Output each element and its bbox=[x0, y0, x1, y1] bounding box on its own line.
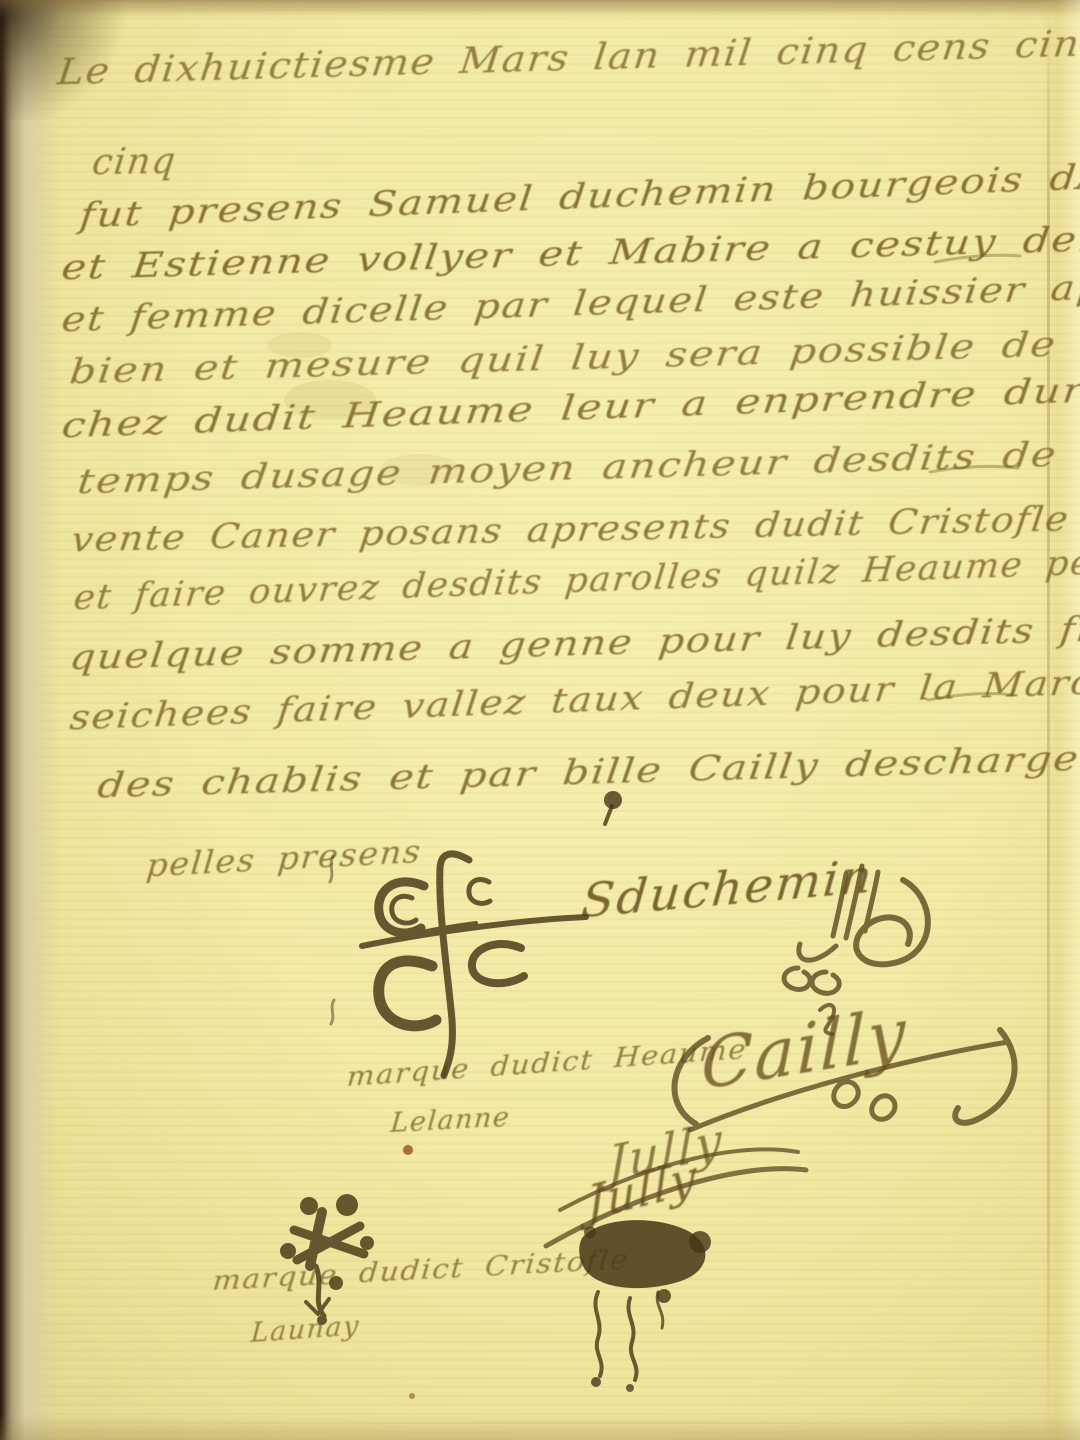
manuscript-line: fut presens Samuel duchemin bourgeois dA… bbox=[78, 151, 1080, 236]
manuscript-line: quelque somme a genne pour luy desdits f… bbox=[67, 606, 1080, 678]
manuscript-line: des chablis et par bille Cailly descharg… bbox=[95, 739, 1080, 807]
manuscript-line: cinq bbox=[90, 141, 179, 184]
manuscript-line: bien et mesure quil luy sera possible de… bbox=[67, 320, 1080, 393]
manuscript-line: seichees faire vallez taux deux pour la … bbox=[68, 656, 1080, 738]
manuscript-line: vente Caner posans apresents dudit Crist… bbox=[69, 499, 1072, 560]
manuscript-line: et faire ouvrez desdits parolles quilz H… bbox=[72, 540, 1080, 618]
cross-mark-caption: marque dudict Heaume bbox=[346, 1034, 749, 1093]
signature-duchemin: Sduchemin bbox=[579, 848, 876, 928]
manuscript-line: chez dudit Heaume leur a enprendre duran… bbox=[60, 367, 1080, 446]
page-edge-bottom bbox=[0, 1414, 1080, 1440]
page-edge-top bbox=[0, 0, 1080, 18]
manuscript-line: et femme dicelle par lequel este huissie… bbox=[60, 262, 1080, 340]
manuscript-line: Le dixhuictiesme Mars lan mil cinq cens … bbox=[55, 19, 1080, 93]
ink-blot bbox=[579, 1220, 711, 1392]
signature-cailly: Cailly bbox=[701, 993, 908, 1106]
signature-jully-second: Jully bbox=[586, 1149, 698, 1232]
star-mark-caption: Launay bbox=[250, 1310, 361, 1349]
paper-stains bbox=[268, 332, 460, 1399]
dark-corner-top-left bbox=[0, 0, 140, 120]
manuscript-line: pelles presens bbox=[145, 834, 423, 885]
page-edge-right bbox=[1040, 0, 1080, 1440]
fold-line bbox=[1047, 0, 1050, 1440]
notary-cross-mark bbox=[330, 854, 586, 1075]
jully-flourish bbox=[546, 1149, 806, 1246]
cailly-flourish bbox=[674, 1030, 1014, 1130]
manuscript-page: Le dixhuictiesme Mars lan mil cinq cens … bbox=[0, 0, 1080, 1440]
duchemin-paraph bbox=[784, 866, 928, 1034]
manuscript-line: temps dusage moyen ancheur desdits de pe… bbox=[75, 430, 1080, 502]
small-ink-blob bbox=[604, 791, 622, 824]
star-mark-caption: marque dudict Cristofle bbox=[211, 1244, 630, 1297]
paper-texture bbox=[0, 0, 1080, 1440]
cross-mark-caption: Lelanne bbox=[389, 1102, 511, 1139]
line-end-tails bbox=[928, 255, 1020, 700]
binding-edge-left bbox=[0, 0, 62, 1440]
manuscript-line: et Estienne vollyer et Mabire a cestuy d… bbox=[59, 216, 1080, 289]
signature-jully-first: Jully bbox=[608, 1111, 723, 1193]
ink-marks-layer bbox=[0, 0, 1080, 1440]
witness-star-mark bbox=[280, 1194, 374, 1325]
